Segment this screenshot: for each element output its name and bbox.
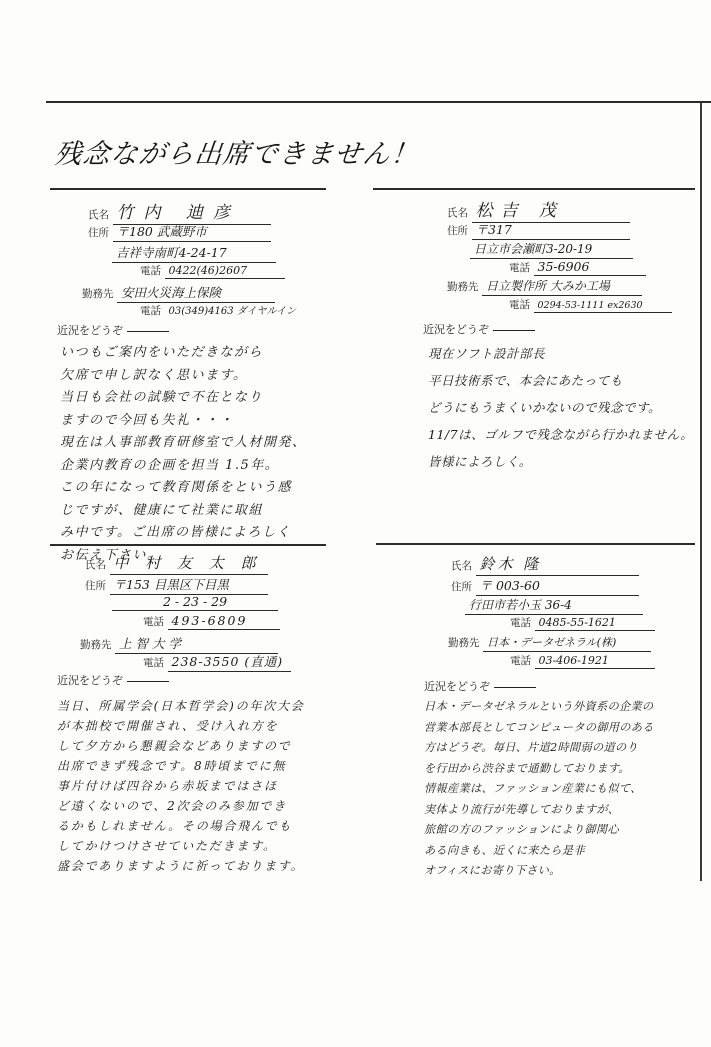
workplace-field: 勤務先 上智大学	[80, 634, 278, 654]
address-line-2: 日立市会瀬町3-20-19	[470, 240, 633, 259]
address-field: 住所 〒317	[447, 220, 630, 240]
address-field: 住所 〒180 武蔵野市	[88, 222, 271, 242]
card-divider	[376, 543, 695, 545]
phone-field: 電話 35-6906	[509, 259, 646, 276]
memo-label: 近況をどうぞ	[57, 322, 169, 338]
address-field: 住所 〒153 目黒区下目黒	[85, 575, 268, 595]
phone-field: 電話 0422(46)2607	[140, 263, 285, 279]
name-field: 氏名 松吉 茂	[447, 196, 630, 223]
top-rule	[46, 101, 711, 103]
memo-text: 現在ソフト設計部長 平日技術系で、本会にあたっても どうにもうまくいかないので残…	[428, 340, 693, 475]
phone-field: 電話 493-6809	[143, 613, 280, 630]
phone-field: 電話 0485-55-1621	[510, 615, 655, 631]
work-phone-field: 電話 03-406-1921	[510, 653, 655, 669]
work-phone-field: 電話 03(349)4163 ダイヤルイン	[140, 302, 318, 318]
address-line-2: 2 - 23 - 29	[112, 594, 278, 611]
page-title: 残念ながら出席できません！	[53, 132, 421, 171]
work-phone-field: 電話 238-3550 (直通)	[143, 652, 291, 672]
memo-text: 当日、所属学会(日本哲学会)の年次大会 が本拙校で開催され、受け入れ方を して夕…	[57, 696, 305, 876]
memo-label: 近況をどうぞ	[423, 321, 535, 337]
card-divider	[373, 188, 695, 190]
workplace-field: 勤務先 日本・データゼネラル(株)	[448, 634, 651, 652]
name-field: 氏名 竹内 迪彦	[88, 198, 271, 225]
name-field: 氏名 中 村 友 太 郎	[85, 552, 268, 575]
card-divider	[50, 188, 326, 190]
memo-text: いつもご案内をいただきながら 欠席で申し訳なく思います。 当日も会社の試験で不在…	[60, 342, 307, 567]
memo-label: 近況をどうぞ	[424, 678, 536, 694]
workplace-field: 勤務先 日立製作所 大みか工場	[447, 277, 642, 296]
address-line-2: 行田市若小玉 36-4	[465, 596, 643, 615]
workplace-field: 勤務先 安田火災海上保険	[82, 283, 275, 303]
work-phone-field: 電話 0294-53-1111 ex2630	[509, 297, 672, 313]
memo-label: 近況をどうぞ	[57, 672, 169, 688]
address-line-2: 吉祥寺南町4-24-17	[112, 243, 276, 263]
name-field: 氏名 鈴木 隆	[451, 553, 639, 576]
address-field: 住所 〒 003-60	[451, 576, 639, 596]
memo-text: 日本・データゼネラルという外資系の企業の 営業本部長としてコンピュータの御用のあ…	[424, 697, 654, 882]
card-divider	[50, 544, 326, 546]
right-border	[700, 103, 702, 881]
